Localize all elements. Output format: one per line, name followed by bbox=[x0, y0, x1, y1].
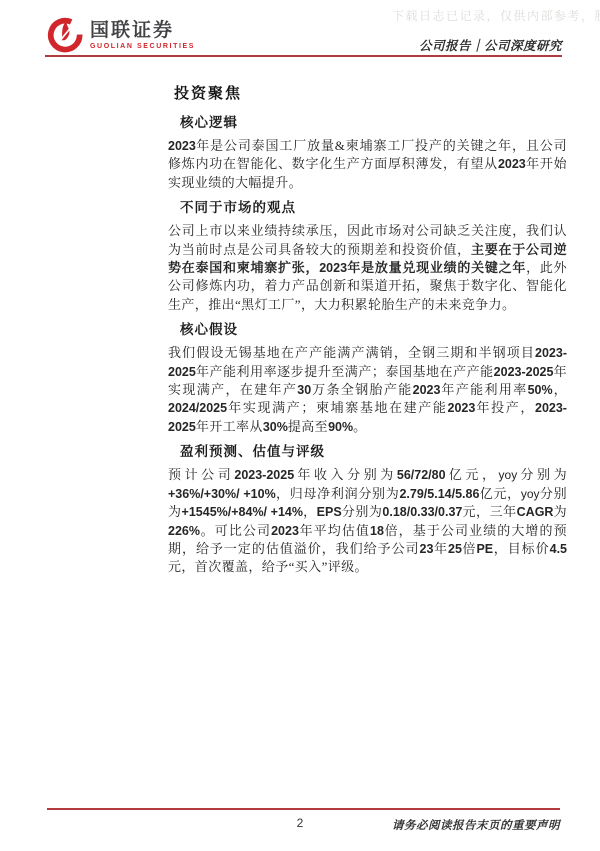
section-paragraph: 公司上市以来业绩持续承压，因此市场对公司缺乏关注度，我们认为当前时点是公司具备较… bbox=[168, 222, 567, 314]
brand-name-en: GUOLIAN SECURITIES bbox=[90, 43, 195, 51]
text-segment: 23 bbox=[420, 542, 434, 556]
text-segment: 分别为 bbox=[342, 504, 383, 519]
section-core-assumptions: 核心假设 我们假设无锡基地在产产能满产满销，全钢三期和半钢项目2023-2025… bbox=[168, 320, 567, 436]
section-paragraph: 2023年是公司泰国工厂放量&柬埔寨工厂投产的关键之年，且公司修炼内功在智能化、… bbox=[168, 137, 567, 192]
report-page: 下载日志已记录，仅供内部参考，股票报告网 国联证券 GUOLIAN SECURI… bbox=[0, 0, 600, 851]
text-segment: 2023-2025 bbox=[234, 468, 294, 482]
text-segment: 2023 bbox=[413, 383, 441, 397]
text-segment: 亿元， bbox=[446, 467, 499, 482]
text-segment: 2023 bbox=[168, 139, 196, 153]
text-segment: CAGR bbox=[517, 505, 554, 519]
guolian-logo-icon bbox=[46, 17, 84, 55]
text-segment: 90% bbox=[328, 420, 353, 434]
text-segment: 年开工率从 bbox=[196, 419, 263, 434]
section-market-view: 不同于市场的观点 公司上市以来业绩持续承压，因此市场对公司缺乏关注度，我们认为当… bbox=[168, 198, 567, 314]
brand-logo: 国联证券 GUOLIAN SECURITIES bbox=[46, 17, 195, 55]
text-segment: 。 bbox=[353, 419, 366, 434]
text-segment: 2.79/5.14/5.86 bbox=[399, 487, 479, 501]
text-segment: EPS bbox=[317, 505, 342, 519]
text-segment: 亿元， bbox=[479, 486, 520, 501]
text-segment: 年是放量兑现业绩的关键之年 bbox=[347, 260, 526, 275]
text-segment: 年投产， bbox=[475, 400, 535, 415]
text-segment: 2023 bbox=[448, 401, 476, 415]
text-segment: 0.18/0.33/0.37 bbox=[382, 505, 462, 519]
footer-divider bbox=[47, 808, 560, 810]
text-segment: 2023 bbox=[271, 524, 299, 538]
section-heading: 核心逻辑 bbox=[180, 113, 567, 133]
text-segment: 2023 bbox=[498, 157, 526, 171]
text-segment: 年实现满产；柬埔寨基地在建产能 bbox=[227, 400, 447, 415]
text-segment: 元，三年 bbox=[462, 504, 516, 519]
text-segment: 年平均估值 bbox=[299, 523, 370, 538]
text-segment: 元，首次覆盖，给予“买入”评级。 bbox=[168, 559, 368, 574]
text-segment: 提高至 bbox=[288, 419, 328, 434]
text-segment: yoy bbox=[499, 468, 518, 482]
brand-name-cn: 国联证券 bbox=[90, 21, 195, 41]
text-segment: 为 bbox=[553, 504, 567, 519]
text-segment: 30% bbox=[263, 420, 288, 434]
text-segment: 2023-2025 bbox=[494, 365, 554, 379]
text-segment: 我们假设无锡基地在产产能满产满销，全钢三期和半钢项目 bbox=[168, 345, 535, 360]
text-segment: 50% bbox=[528, 383, 553, 397]
text-segment: ， bbox=[303, 504, 317, 519]
text-segment: +36%/+30%/ +10% bbox=[168, 487, 276, 501]
brand-text: 国联证券 GUOLIAN SECURITIES bbox=[90, 21, 195, 51]
text-segment: 年收入分别为 bbox=[294, 467, 397, 482]
text-segment: 30 bbox=[297, 383, 311, 397]
text-segment: 预计公司 bbox=[168, 467, 234, 482]
page-content: 投资聚焦 核心逻辑 2023年是公司泰国工厂放量&柬埔寨工厂投产的关键之年，且公… bbox=[168, 57, 567, 577]
text-segment: 万条全钢胎产能 bbox=[311, 382, 413, 397]
text-segment: PE bbox=[476, 542, 493, 556]
text-segment: ， bbox=[553, 382, 567, 397]
section-paragraph: 预计公司2023-2025年收入分别为56/72/80亿元，yoy分别为+36%… bbox=[168, 466, 567, 576]
text-segment: 倍 bbox=[462, 541, 477, 556]
footer-disclaimer: 请务必阅读报告末页的重要声明 bbox=[392, 817, 560, 833]
text-segment: 18 bbox=[370, 524, 384, 538]
section-heading: 核心假设 bbox=[180, 320, 567, 340]
text-segment: +1545%/+84%/ +14% bbox=[182, 505, 303, 519]
text-segment: 年产能利用率 bbox=[440, 382, 527, 397]
text-segment: 2023 bbox=[319, 261, 347, 275]
section-heading: 不同于市场的观点 bbox=[180, 198, 567, 218]
text-segment: 分别为 bbox=[517, 467, 567, 482]
text-segment: 年 bbox=[433, 541, 448, 556]
section-heading: 盈利预测、估值与评级 bbox=[180, 442, 567, 462]
page-title: 投资聚焦 bbox=[174, 83, 567, 105]
section-core-logic: 核心逻辑 2023年是公司泰国工厂放量&柬埔寨工厂投产的关键之年，且公司修炼内功… bbox=[168, 113, 567, 192]
text-segment: ，归母净利润分别为 bbox=[276, 486, 400, 501]
text-segment: 2024/2025 bbox=[168, 401, 227, 415]
text-segment: 226% bbox=[168, 524, 200, 538]
section-paragraph: 我们假设无锡基地在产产能满产满销，全钢三期和半钢项目2023-2025年产能利用… bbox=[168, 344, 567, 436]
text-segment: 25 bbox=[448, 542, 462, 556]
report-type-label: 公司报告｜公司深度研究 bbox=[419, 36, 562, 54]
text-segment: ，目标价 bbox=[493, 541, 549, 556]
watermark-text: 下载日志已记录，仅供内部参考，股票报告网 bbox=[392, 7, 600, 24]
text-segment: 年产能利用率逐步提升至满产；泰国基地在产产能 bbox=[196, 364, 494, 379]
text-segment: yoy bbox=[521, 487, 540, 501]
text-segment: 56/72/80 bbox=[397, 468, 446, 482]
section-valuation-rating: 盈利预测、估值与评级 预计公司2023-2025年收入分别为56/72/80亿元… bbox=[168, 442, 567, 576]
text-segment: 4.5 bbox=[550, 542, 567, 556]
text-segment: 。可比公司 bbox=[200, 523, 271, 538]
